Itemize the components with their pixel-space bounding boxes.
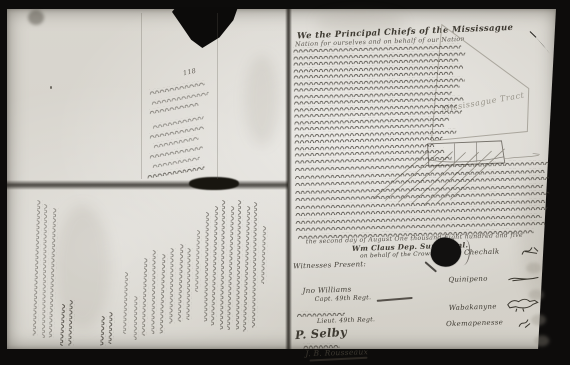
handwriting-line: [204, 212, 211, 322]
handwriting-line: [178, 244, 186, 322]
handwriting-line: [68, 300, 77, 346]
handwriting-line: [160, 254, 168, 334]
ink-speck: [50, 86, 52, 89]
ghost-mark: [534, 335, 549, 346]
signature-claus-role: on behalf of the Crown: [360, 252, 434, 260]
document-photo: 118 We the Principal Chiefs of the Missi…: [0, 0, 570, 365]
signature-witness-selby: P. Selby: [295, 327, 348, 342]
handwriting-line: [243, 206, 252, 332]
signature-flourish: [377, 297, 413, 302]
docket-page: 118: [7, 9, 287, 181]
totem-mark-chechalk: [520, 243, 540, 257]
signature-chief-chechalk: Chechalk: [464, 249, 500, 257]
handwriting-line: [100, 316, 109, 346]
handwriting-line: [195, 230, 202, 292]
handwriting-line: [297, 311, 345, 317]
signature-chief-wabakanyne: Wabakanyne: [449, 304, 497, 313]
fold-crease: [141, 13, 142, 179]
signature-witness-williams-rank: Capt. 49th Regt.: [315, 295, 372, 303]
handwriting-line: [134, 296, 140, 340]
handwriting-line: [236, 200, 243, 330]
ghost-mark: [526, 262, 541, 273]
handwriting-line: [123, 272, 130, 334]
handwriting-line: [211, 206, 220, 326]
handwriting-line: [151, 250, 157, 334]
handwriting-line: [261, 226, 268, 284]
handwriting-line: [42, 204, 49, 338]
pen-mark-tip: [530, 31, 536, 37]
totem-mark-quinipeno: [506, 273, 540, 283]
ghost-mark: [529, 289, 544, 300]
letter-page: [7, 188, 287, 349]
pen-mark: [535, 36, 550, 54]
shore-tail: [505, 153, 540, 158]
signature-chief-quinipeno: Quinipeno: [448, 276, 487, 284]
handwriting-line: [108, 312, 116, 344]
witnesses-header: Witnesses Present:: [293, 261, 366, 270]
treaty-page: We the Principal Chiefs of the Mississag…: [285, 7, 559, 351]
handwriting-line: [49, 208, 59, 338]
handwriting-line: [142, 258, 150, 336]
ghost-mark: [531, 314, 546, 325]
handwriting-line: [186, 248, 192, 320]
handwriting-line: [227, 206, 236, 330]
handwriting-line: [33, 200, 43, 336]
fold-crease: [217, 13, 218, 179]
handwriting-line: [220, 200, 227, 330]
handwriting-line: [252, 202, 259, 328]
handwriting-line: [303, 343, 339, 349]
docket-number: 118: [182, 68, 196, 77]
signature-chief-okemapenesse: Okemapenesse: [446, 319, 503, 328]
handwriting-line: [169, 248, 175, 324]
signature-witness-williams: Jno Williams: [302, 286, 351, 295]
